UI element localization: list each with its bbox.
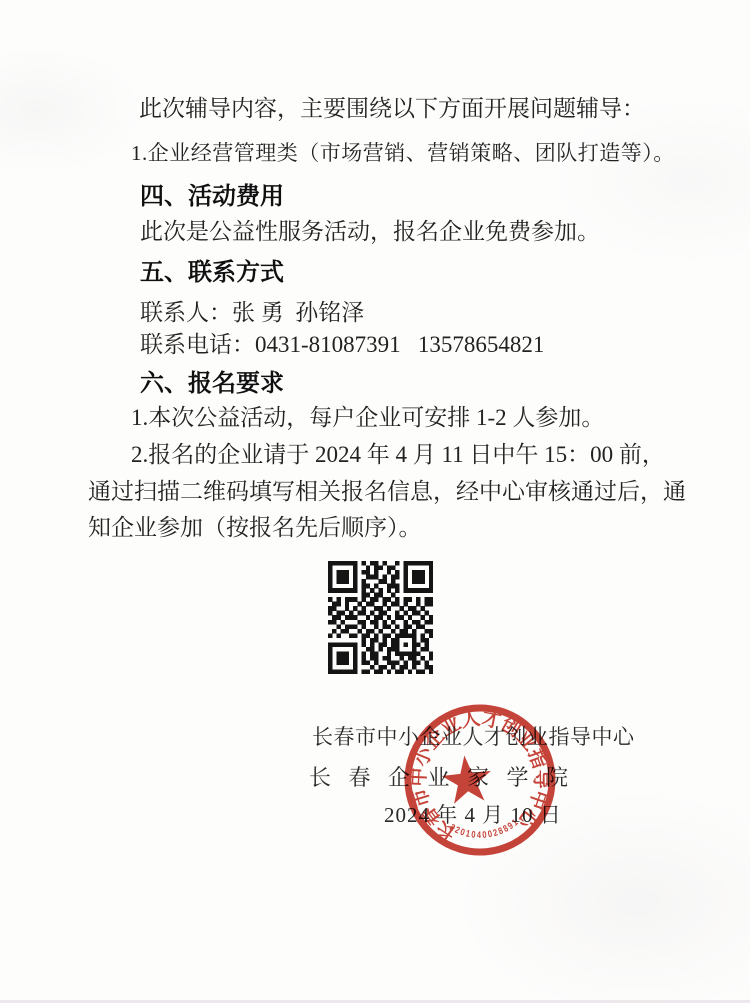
section-title-contact: 五、联系方式 <box>140 252 284 287</box>
seal-serial-number: 2201040028891 <box>447 815 523 845</box>
signup-requirement-2-line2: 通过扫描二维码填写相关报名信息，经中心审核通过后，通 <box>88 473 686 506</box>
contact-person: 联系人：张 勇 孙铭泽 <box>140 294 364 327</box>
official-seal: 长春市中小企业人才创业指导中心 2201040028891 <box>395 695 565 865</box>
intro-line: 此次辅导内容，主要围绕以下方面开展问题辅导： <box>139 90 645 123</box>
seal-star-icon <box>440 753 494 805</box>
qr-code <box>328 561 433 674</box>
signup-requirement-1: 1.本次公益活动，每户企业可安排 1-2 人参加。 <box>131 399 604 432</box>
signup-requirement-2-line1: 2.报名的企业请于 2024 年 4 月 11 日中午 15：00 前， <box>131 436 665 469</box>
document-page: 此次辅导内容，主要围绕以下方面开展问题辅导： 1.企业经营管理类（市场营销、营销… <box>0 0 750 1003</box>
signup-requirement-2-line3: 知企业参加（按报名先后顺序）。 <box>88 509 422 542</box>
section-title-fees: 四、活动费用 <box>140 176 284 211</box>
section-title-signup: 六、报名要求 <box>140 363 284 398</box>
fees-body: 此次是公益性服务活动，报名企业免费参加。 <box>140 213 600 246</box>
category-item: 1.企业经营管理类（市场营销、营销策略、团队打造等）。 <box>131 137 675 167</box>
svg-text:2201040028891: 2201040028891 <box>447 815 523 845</box>
contact-phone: 联系电话：0431-81087391 13578654821 <box>140 326 544 359</box>
qr-modules <box>328 561 433 674</box>
